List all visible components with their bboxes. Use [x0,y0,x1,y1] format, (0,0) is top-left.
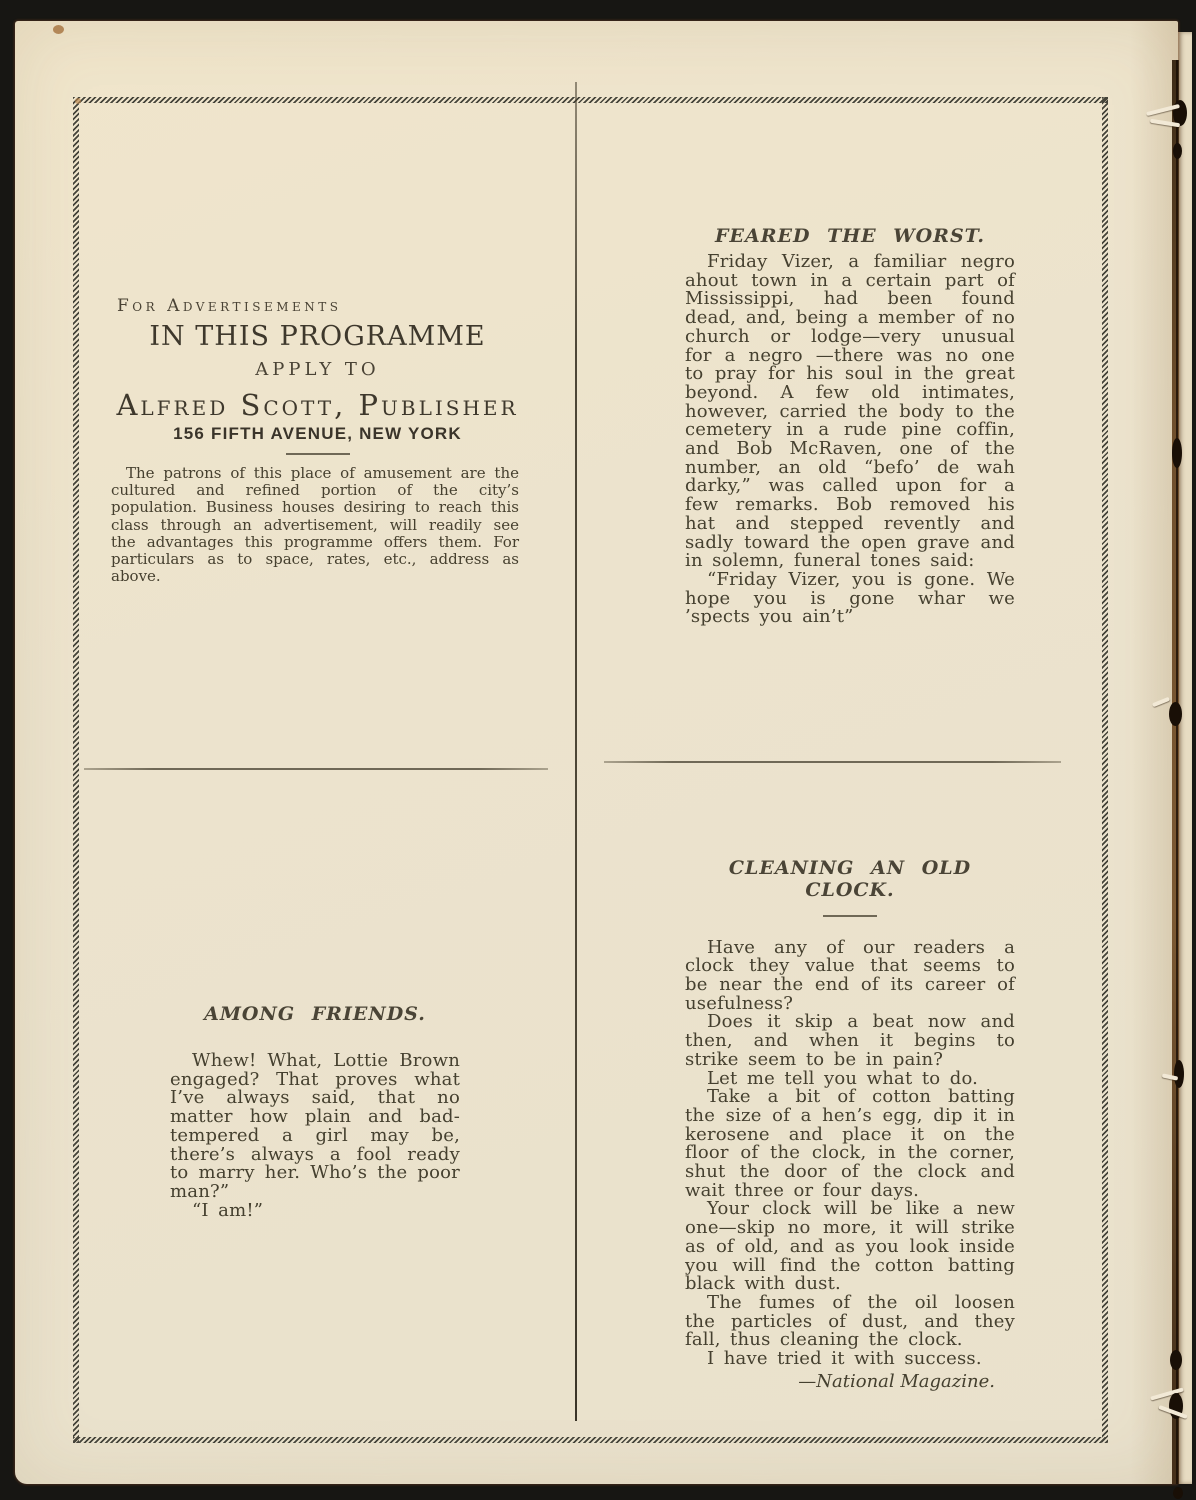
story-paragraph: “Friday Vizer, you is gone. We hope you … [685,571,1015,627]
story-cleaning-an-old-clock: CLEANING AN OLD CLOCK. Have any of our r… [685,857,1015,1392]
story-paragraph: Does it skip a beat now and then, and wh… [685,1013,1015,1069]
paper-stain [53,25,64,34]
stitch-hole [1172,438,1182,468]
column-divider [575,82,577,1421]
stitch-hole [1174,1060,1184,1088]
story-paragraph: I have tried it with success. [685,1350,1015,1369]
story-paragraph: Whew! What, Lottie Brown engaged? That p… [170,1052,460,1202]
border-right [1102,97,1108,1443]
adjacent-page-edge [1178,32,1192,1484]
story-among-friends: AMONG FRIENDS. Whew! What, Lottie Brown … [170,1003,460,1220]
title-divider-rule [823,915,877,917]
story-title: FEARED THE WORST. [685,225,1015,247]
border-bottom [73,1437,1108,1443]
border-left [73,97,79,1443]
left-section-rule [84,768,548,770]
paper-stain [75,98,81,104]
ad-publisher-name: Alfred Scott, Publisher [95,388,540,422]
ad-kicker: For Advertisements [95,296,540,316]
story-paragraph: “I am!” [170,1202,460,1221]
stitch-hole [1169,702,1182,726]
story-paragraph: Your clock will be like a new one—skip n… [685,1200,1015,1294]
ad-title: IN THIS PROGRAMME [95,321,540,352]
gutter-shadow [1130,21,1178,1484]
stitch-hole [1173,1487,1183,1499]
story-title: AMONG FRIENDS. [170,1003,460,1025]
stitch-hole [1173,143,1182,159]
story-attribution: —National Magazine. [685,1371,1015,1392]
ad-divider-rule [286,453,350,455]
binding-spine [1172,60,1179,1484]
story-paragraph: Take a bit of cotton batting the size of… [685,1088,1015,1200]
border-top [73,97,1108,103]
ad-publisher-address: 156 FIFTH AVENUE, NEW YORK [95,424,540,444]
story-title: CLEANING AN OLD CLOCK. [685,857,1015,901]
story-paragraph: The fumes of the oil loosen the particle… [685,1294,1015,1350]
ad-body-text: The patrons of this place of amusement a… [111,465,519,585]
programme-page: For Advertisements IN THIS PROGRAMME APP… [15,21,1178,1484]
story-paragraph: Have any of our readers a clock they val… [685,939,1015,1014]
publisher-ad-block: For Advertisements IN THIS PROGRAMME APP… [95,296,540,585]
story-feared-the-worst: FEARED THE WORST. Friday Vizer, a famili… [685,225,1015,627]
story-paragraph: Friday Vizer, a familiar negro ahout tow… [685,253,1015,571]
ad-apply-to: APPLY TO [95,359,540,380]
stitch-hole [1170,1350,1182,1370]
right-section-rule [604,761,1061,763]
scanned-book-background: For Advertisements IN THIS PROGRAMME APP… [0,0,1196,1500]
